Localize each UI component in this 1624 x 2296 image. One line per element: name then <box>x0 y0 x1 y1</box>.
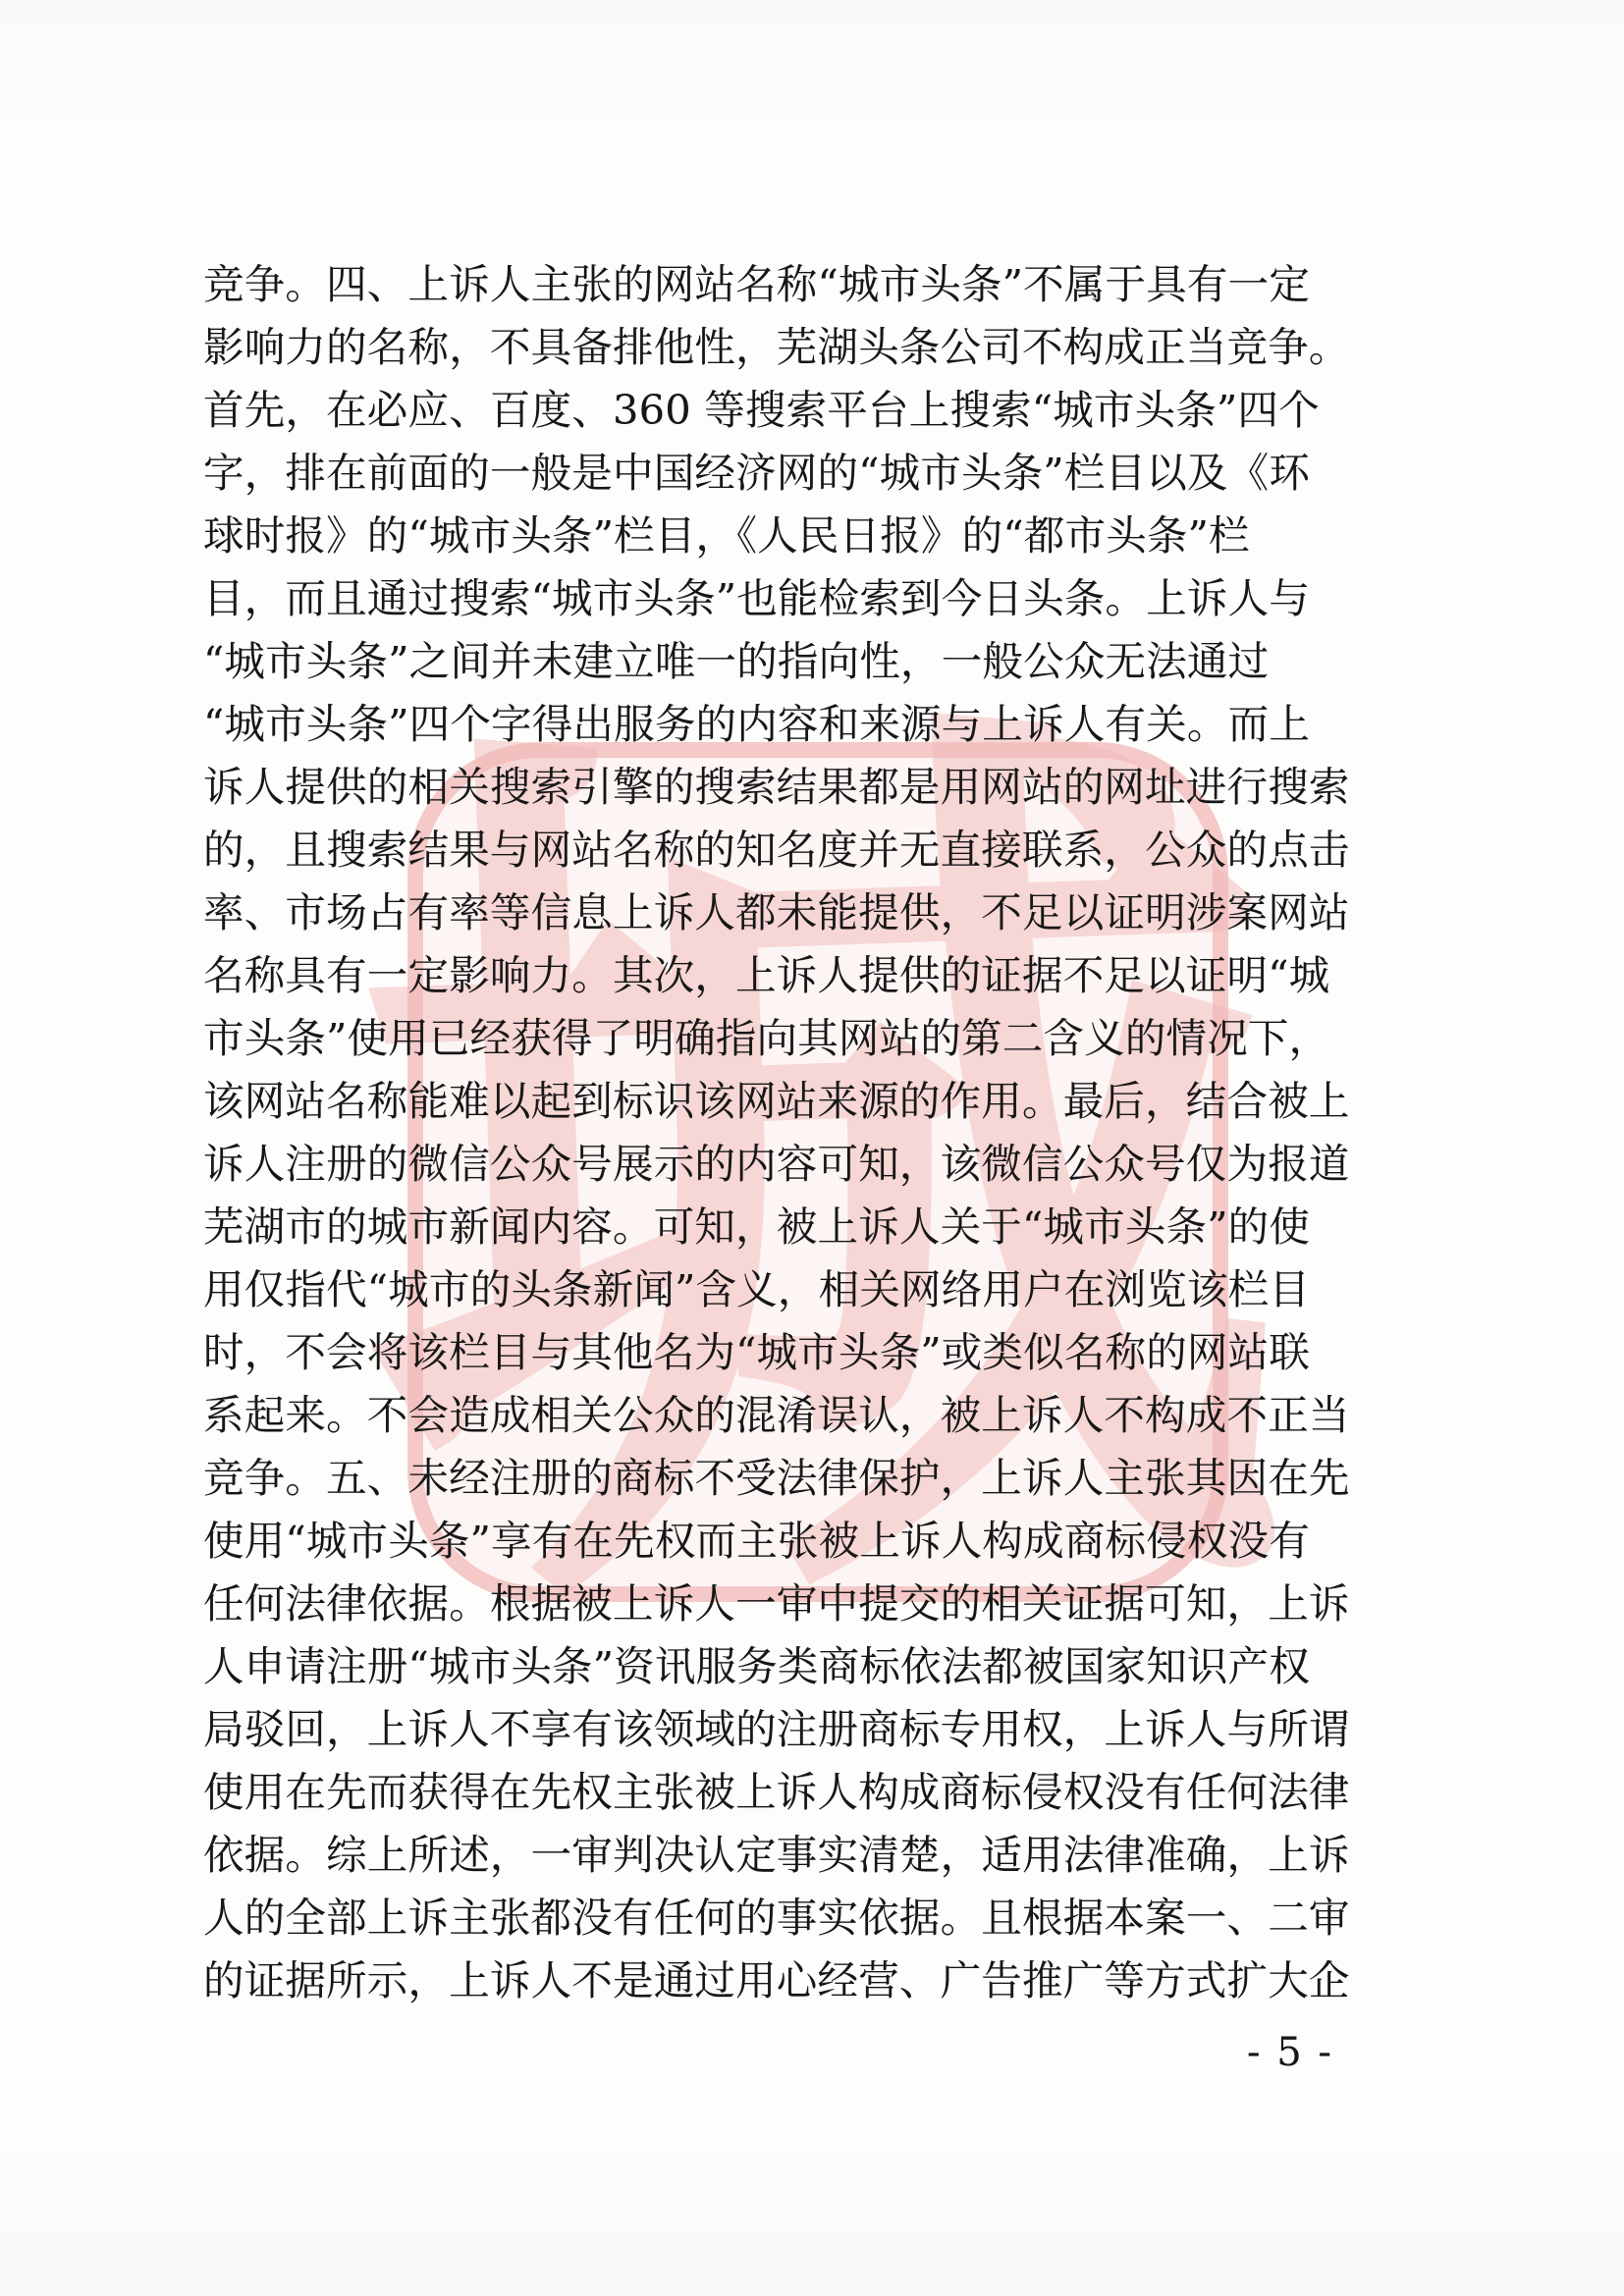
page-number: - 5 - <box>1247 2030 1333 2075</box>
text-line: 人申请注册“城市头条”资讯服务类商标依法都被国家知识产权 <box>203 1635 1352 1698</box>
text-line: “城市头条”四个字得出服务的内容和来源与上诉人有关。而上 <box>203 693 1352 756</box>
text-line: 人的全部上诉主张都没有任何的事实依据。且根据本案一、二审 <box>203 1887 1352 1949</box>
text-line: 使用“城市头条”享有在先权而主张被上诉人构成商标侵权没有 <box>203 1510 1352 1573</box>
text-line: 目，而且通过搜索“城市头条”也能检索到今日头条。上诉人与 <box>203 567 1352 630</box>
text-line: 字，排在前面的一般是中国经济网的“城市头条”栏目以及《环 <box>203 442 1352 505</box>
text-line: 用仅指代“城市的头条新闻”含义，相关网络用户在浏览该栏目 <box>203 1258 1352 1321</box>
text-line: 系起来。不会造成相关公众的混淆误认，被上诉人不构成不正当 <box>203 1384 1352 1447</box>
text-line: 名称具有一定影响力。其次，上诉人提供的证据不足以证明“城 <box>203 944 1352 1007</box>
text-line: “城市头条”之间并未建立唯一的指向性，一般公众无法通过 <box>203 630 1352 693</box>
text-line: 影响力的名称，不具备排他性，芜湖头条公司不构成正当竞争。 <box>203 316 1352 379</box>
text-line: 首先，在必应、百度、360 等搜索平台上搜索“城市头条”四个 <box>203 379 1352 442</box>
text-line: 球时报》的“城市头条”栏目，《人民日报》的“都市头条”栏 <box>203 505 1352 567</box>
text-line: 该网站名称能难以起到标识该网站来源的作用。最后，结合被上 <box>203 1070 1352 1133</box>
text-line: 竞争。五、未经注册的商标不受法律保护，上诉人主张其因在先 <box>203 1447 1352 1510</box>
text-line: 使用在先而获得在先权主张被上诉人构成商标侵权没有任何法律 <box>203 1761 1352 1824</box>
text-line: 任何法律依据。根据被上诉人一审中提交的相关证据可知，上诉 <box>203 1573 1352 1635</box>
text-line: 的，且搜索结果与网站名称的知名度并无直接联系，公众的点击 <box>203 819 1352 881</box>
text-line: 竞争。四、上诉人主张的网站名称“城市头条”不属于具有一定 <box>203 253 1352 316</box>
text-line: 局驳回，上诉人不享有该领域的注册商标专用权，上诉人与所谓 <box>203 1698 1352 1761</box>
text-line: 的证据所示，上诉人不是通过用心经营、广告推广等方式扩大企 <box>203 1949 1352 2012</box>
text-line: 芜湖市的城市新闻内容。可知，被上诉人关于“城市头条”的使 <box>203 1196 1352 1258</box>
text-line: 时，不会将该栏目与其他名为“城市头条”或类似名称的网站联 <box>203 1321 1352 1384</box>
text-line: 率、市场占有率等信息上诉人都未能提供，不足以证明涉案网站 <box>203 881 1352 944</box>
body-text: 竞争。四、上诉人主张的网站名称“城市头条”不属于具有一定 影响力的名称，不具备排… <box>203 253 1352 2012</box>
document-page: 城 竞争。四、上诉人主张的网站名称“城市头条”不属于具有一定 影响力的名称，不具… <box>0 0 1624 2296</box>
text-line: 诉人提供的相关搜索引擎的搜索结果都是用网站的网址进行搜索 <box>203 756 1352 819</box>
text-line: 市头条”使用已经获得了明确指向其网站的第二含义的情况下， <box>203 1007 1352 1070</box>
text-line: 依据。综上所述，一审判决认定事实清楚，适用法律准确，上诉 <box>203 1824 1352 1887</box>
text-line: 诉人注册的微信公众号展示的内容可知，该微信公众号仅为报道 <box>203 1133 1352 1196</box>
